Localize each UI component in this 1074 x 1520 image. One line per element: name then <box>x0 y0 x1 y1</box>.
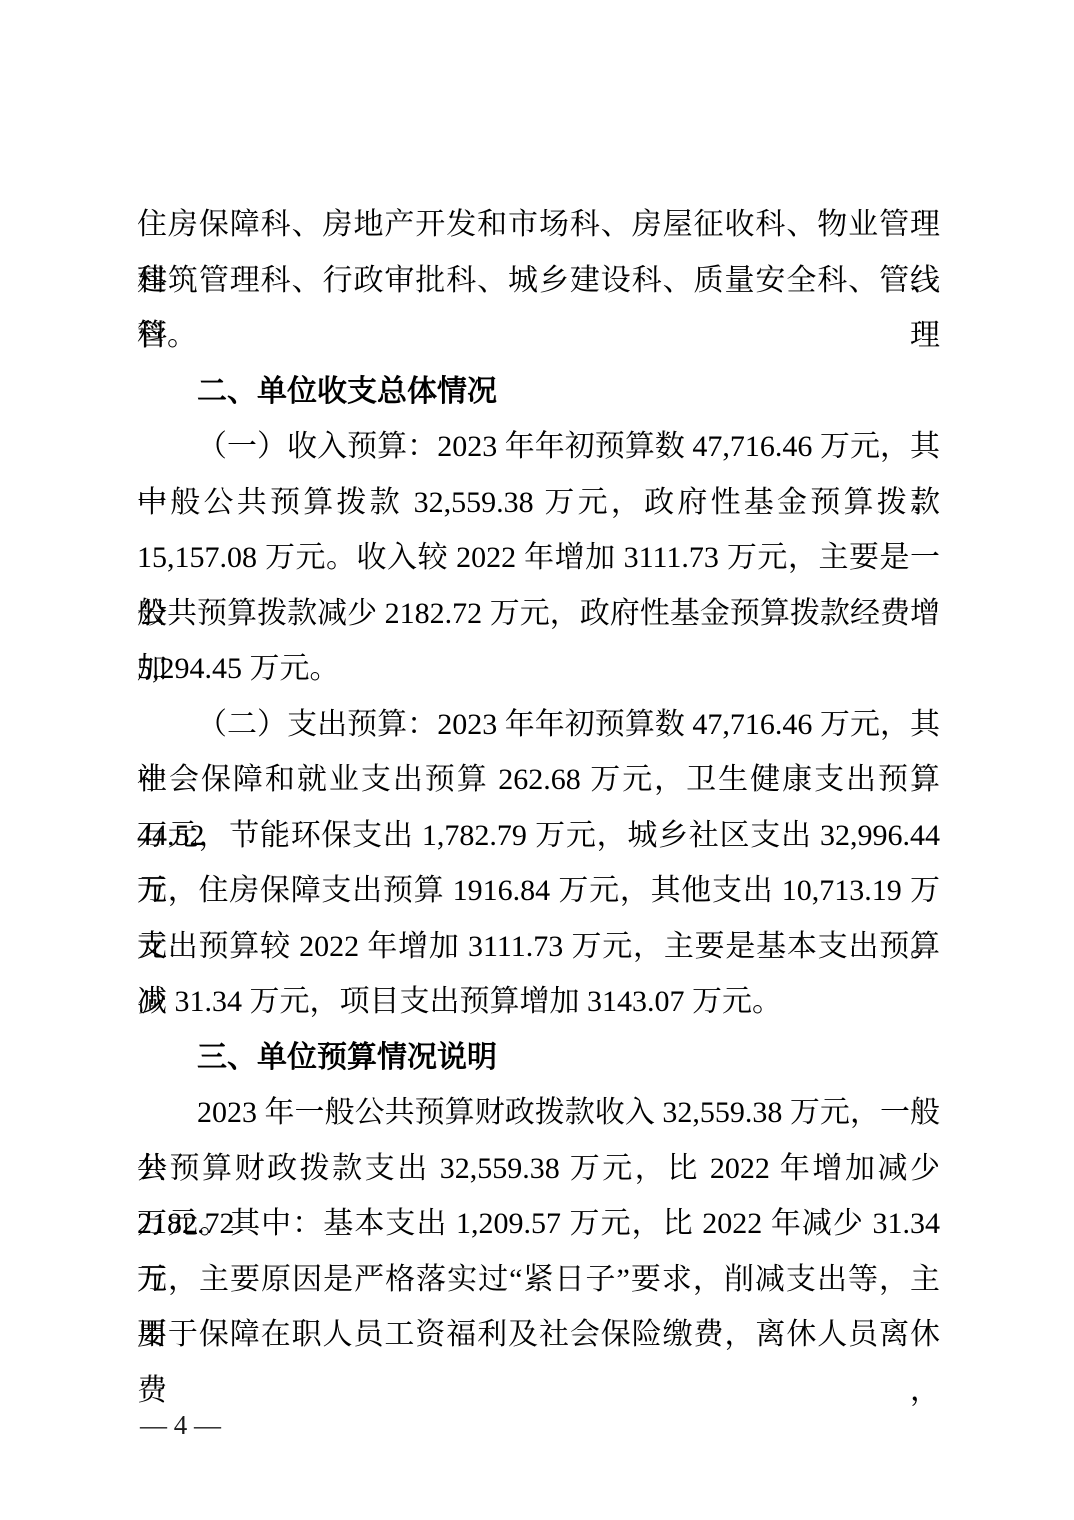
text-line: 元，住房保障支出预算 1916.84 万元，其他支出 10,713.19 万元。 <box>137 863 940 919</box>
text-line: 万元，节能环保支出 1,782.79 万元，城乡社区支出 32,996.44 万 <box>137 808 940 864</box>
page-number: — 4 — <box>140 1405 221 1445</box>
section-heading-2: 二、单位收支总体情况 <box>137 364 940 420</box>
text-line: 公共预算拨款减少 2182.72 万元，政府性基金预算拨款经费增加 <box>137 586 940 642</box>
text-line: 支出预算较 2022 年增加 3111.73 万元，主要是基本支出预算减 <box>137 919 940 975</box>
document-body: 住房保障科、房地产开发和市场科、房屋征收科、物业管理科、 建筑管理科、行政审批科… <box>137 197 940 1363</box>
text-line: 2023 年一般公共预算财政拨款收入 32,559.38 万元，一般公 <box>137 1085 940 1141</box>
document-page: 住房保障科、房地产开发和市场科、房屋征收科、物业管理科、 建筑管理科、行政审批科… <box>0 0 1074 1520</box>
text-line: 一般公共预算拨款 32,559.38 万元，政府性基金预算拨款 <box>137 475 940 531</box>
text-line: （二）支出预算：2023 年年初预算数 47,716.46 万元，其中： <box>137 697 940 753</box>
text-line: 住房保障科、房地产开发和市场科、房屋征收科、物业管理科、 <box>137 197 940 253</box>
text-line: 15,157.08 万元。收入较 2022 年增加 3111.73 万元，主要是… <box>137 530 940 586</box>
text-line: 建筑管理科、行政审批科、城乡建设科、质量安全科、管线管理 <box>137 253 940 309</box>
text-line: 共预算财政拨款支出 32,559.38 万元，比 2022 年增加减少 2182… <box>137 1141 940 1197</box>
text-line: （一）收入预算：2023 年年初预算数 47,716.46 万元，其中： <box>137 419 940 475</box>
text-line: 少 31.34 万元，项目支出预算增加 3143.07 万元。 <box>137 974 940 1030</box>
text-line: 社会保障和就业支出预算 262.68 万元，卫生健康支出预算 44.52 <box>137 752 940 808</box>
section-heading-3: 三、单位预算情况说明 <box>137 1030 940 1086</box>
text-line: 元，主要原因是严格落实过“紧日子”要求，削减支出等，主要 <box>137 1252 940 1308</box>
text-line: 万元。其中：基本支出 1,209.57 万元，比 2022 年减少 31.34 … <box>137 1196 940 1252</box>
text-line: 用于保障在职人员工资福利及社会保险缴费，离休人员离休费， <box>137 1307 940 1363</box>
text-line: 5,294.45 万元。 <box>137 641 940 697</box>
